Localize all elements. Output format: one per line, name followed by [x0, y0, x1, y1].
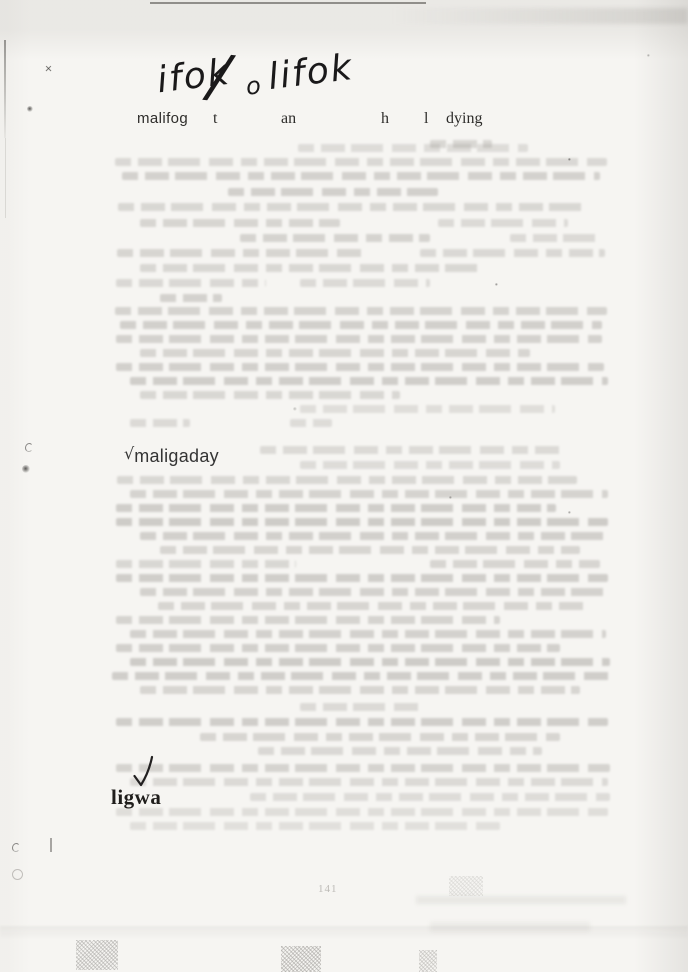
faded-text-line — [118, 203, 588, 211]
faded-text-line — [130, 822, 500, 830]
faded-text-line — [140, 391, 400, 399]
handwriting-slash: / — [205, 41, 232, 111]
scan-top-edge-line — [150, 2, 426, 4]
faded-text-line — [298, 144, 528, 152]
faded-text-line — [116, 279, 266, 287]
pen-curl-mark — [25, 443, 33, 452]
faded-text-line — [300, 461, 560, 469]
faded-text-line — [258, 747, 542, 755]
faded-text-line — [130, 778, 608, 786]
faded-text-line — [140, 588, 608, 596]
faded-text-line — [130, 658, 610, 666]
check-mark-glyph: √ — [124, 444, 134, 463]
faded-text-line — [290, 419, 332, 427]
faded-text-line — [300, 279, 430, 287]
faded-text-line — [120, 321, 602, 329]
ink-speck-mark — [495, 283, 498, 286]
ink-speck-mark — [45, 65, 52, 72]
scan-left-edge-line — [4, 40, 6, 138]
faded-text-line — [130, 419, 190, 427]
faded-text-line — [420, 249, 605, 257]
faded-text-line — [116, 560, 296, 568]
faded-text-line — [250, 793, 610, 801]
maligaday-annotation: √ maligaday — [124, 446, 219, 467]
entry-fragment: t — [213, 110, 217, 128]
faded-text-line — [116, 718, 608, 726]
faded-text-line — [122, 172, 600, 180]
faded-text-line — [130, 377, 608, 385]
scan-smudge-bottom-right — [416, 896, 626, 904]
ink-speck-mark — [22, 465, 30, 473]
faded-text-line — [430, 560, 600, 568]
entry-word-malifog: malifog — [137, 110, 188, 127]
faded-text-line — [117, 249, 367, 257]
faded-text-line — [130, 490, 608, 498]
faded-text-line — [140, 532, 608, 540]
faded-text-line — [300, 405, 555, 413]
scan-noise-patch — [419, 950, 437, 972]
faded-text-line — [116, 504, 556, 512]
pen-curl-mark — [12, 843, 20, 852]
faded-text-line — [510, 234, 600, 242]
ink-speck-mark — [647, 54, 650, 57]
faded-text-line — [116, 644, 560, 652]
maligaday-word: maligaday — [134, 446, 219, 467]
scan-noise-patch — [449, 876, 483, 896]
faded-text-line — [300, 703, 420, 711]
scan-noise-patch — [281, 946, 321, 972]
faded-text-line — [115, 158, 607, 166]
handwriting-word: o — [245, 71, 262, 100]
faded-text-line — [116, 363, 604, 371]
entry-fragment: dying — [446, 110, 482, 128]
faded-text-line — [140, 264, 480, 272]
entry-fragment: l — [424, 110, 428, 128]
faded-text-line — [117, 476, 577, 484]
scan-shadow-right-edge — [634, 0, 688, 972]
faded-text-line — [116, 335, 602, 343]
ring-mark — [12, 869, 23, 880]
faded-text-line — [112, 672, 610, 680]
ink-speck-mark — [27, 106, 33, 112]
faded-text-line — [116, 574, 608, 582]
ligwa-headword: ligwa — [111, 785, 161, 810]
ink-speck-mark — [293, 407, 297, 411]
faded-text-line — [240, 234, 430, 242]
faded-text-line — [200, 733, 560, 741]
faded-text-line — [228, 188, 438, 196]
faded-text-line — [115, 307, 607, 315]
faded-text-line — [116, 616, 500, 624]
faded-text-line — [260, 446, 560, 454]
faded-text-line — [116, 808, 608, 816]
faded-text-line — [438, 219, 568, 227]
faded-text-line — [158, 602, 588, 610]
tick-mark — [50, 838, 52, 852]
faded-text-line — [116, 764, 610, 772]
scan-noise-patch — [76, 940, 118, 970]
handwriting-word: lifok — [266, 47, 356, 98]
faded-text-line — [160, 294, 222, 302]
ink-speck-mark — [568, 511, 571, 514]
entry-fragment: an — [281, 110, 296, 128]
faded-text-line — [130, 630, 606, 638]
faded-text-line — [160, 546, 580, 554]
faded-text-line — [140, 349, 530, 357]
scan-smudge-bottom-right2 — [430, 922, 590, 932]
scan-left-edge-line-faint — [5, 138, 6, 218]
faded-text-line — [116, 518, 608, 526]
entry-fragment: h — [381, 110, 389, 128]
faded-text-line — [140, 686, 580, 694]
faded-text-line — [430, 140, 492, 148]
scanned-dictionary-page: ifok / o lifok malifog t an h l dying √ … — [0, 0, 688, 972]
faded-text-line — [140, 219, 340, 227]
page-number: 141 — [318, 883, 338, 895]
